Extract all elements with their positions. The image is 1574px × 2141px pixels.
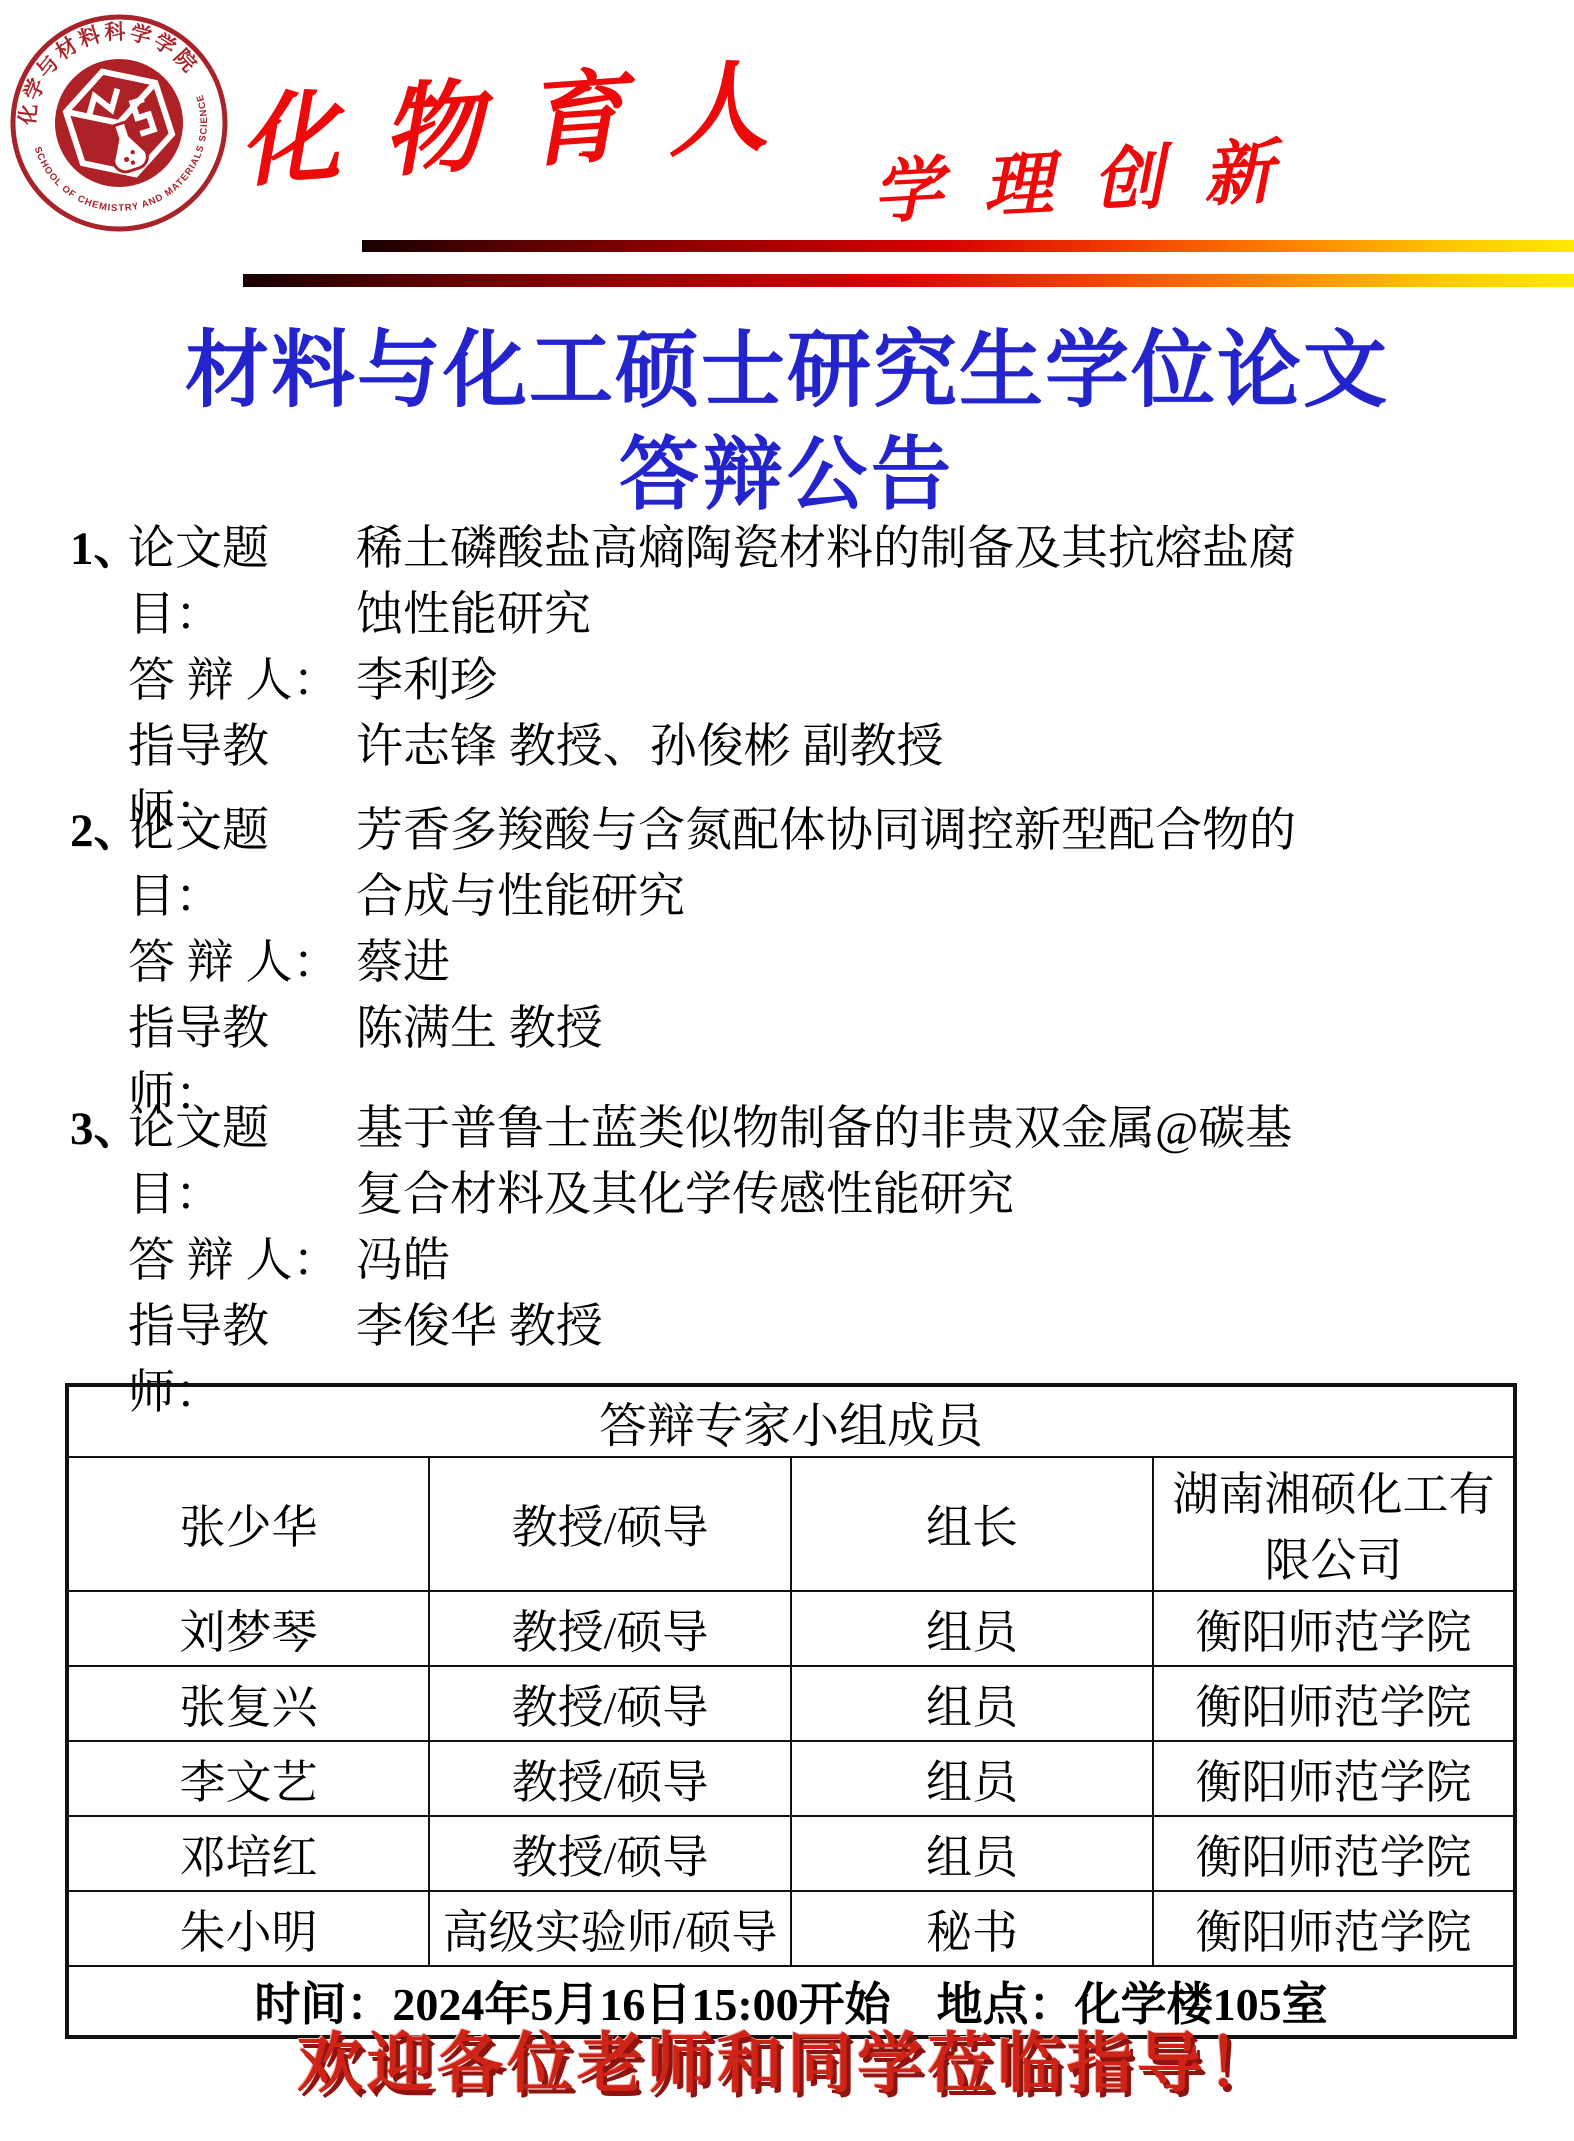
defender-line: 答 辩 人： 冯皓 — [70, 1228, 1520, 1294]
member-role: 组员 — [791, 1666, 1153, 1741]
thesis-title-line: 2、 论文题目： 芳香多羧酸与含氮配体协同调控新型配合物的 合成与性能研究 — [70, 798, 1520, 930]
member-name: 张少华 — [67, 1457, 429, 1591]
member-affiliation: 衡阳师范学院 — [1153, 1741, 1515, 1816]
table-row: 张复兴 教授/硕导 组员 衡阳师范学院 — [67, 1666, 1515, 1741]
committee-table: 答辩专家小组成员 张少华 教授/硕导 组长 湖南湘硕化工有限公司 刘梦琴 教授/… — [65, 1383, 1517, 2039]
member-name: 张复兴 — [67, 1666, 429, 1741]
member-title: 教授/硕导 — [429, 1666, 791, 1741]
defender-label: 答 辩 人： — [128, 648, 356, 714]
thesis-entry-3: 3、 论文题目： 基于普鲁士蓝类似物制备的非贵双金属@碳基 复合材料及其化学传感… — [70, 1096, 1520, 1426]
thesis-title: 芳香多羧酸与含氮配体协同调控新型配合物的 合成与性能研究 — [356, 798, 1520, 930]
gradient-rule-bottom — [243, 274, 1574, 287]
slogan-xueli-chuangxin: 学 理 创 新 — [870, 115, 1284, 237]
welcome-text: 欢迎各位老师和同学莅临指导！ — [0, 2010, 1574, 2105]
defender-name: 冯皓 — [356, 1228, 1520, 1294]
member-name: 李文艺 — [67, 1741, 429, 1816]
member-affiliation: 衡阳师范学院 — [1153, 1891, 1515, 1966]
member-title: 教授/硕导 — [429, 1457, 791, 1591]
table-header-row: 答辩专家小组成员 — [67, 1385, 1515, 1457]
defender-name: 蔡进 — [356, 930, 1520, 996]
thesis-title-line: 3、 论文题目： 基于普鲁士蓝类似物制备的非贵双金属@碳基 复合材料及其化学传感… — [70, 1096, 1520, 1228]
table-title: 答辩专家小组成员 — [67, 1385, 1515, 1457]
thesis-title-line: 1、 论文题目： 稀土磷酸盐高熵陶瓷材料的制备及其抗熔盐腐 蚀性能研究 — [70, 516, 1520, 648]
announcement-poster: 化学与材料科学学院 SCHOOL OF CHEMISTRY AND MATERI… — [0, 0, 1574, 2141]
thesis-title: 基于普鲁士蓝类似物制备的非贵双金属@碳基 复合材料及其化学传感性能研究 — [356, 1096, 1520, 1228]
defender-label: 答 辩 人： — [128, 930, 356, 996]
member-role: 秘书 — [791, 1891, 1153, 1966]
member-name: 邓培红 — [67, 1816, 429, 1891]
defender-name: 李利珍 — [356, 648, 1520, 714]
member-name: 刘梦琴 — [67, 1591, 429, 1666]
table-row: 李文艺 教授/硕导 组员 衡阳师范学院 — [67, 1741, 1515, 1816]
table-row: 邓培红 教授/硕导 组员 衡阳师范学院 — [67, 1816, 1515, 1891]
slogan-huawu-yuren: 化 物 育 人 — [234, 26, 775, 207]
member-title: 教授/硕导 — [429, 1816, 791, 1891]
defender-line: 答 辩 人： 李利珍 — [70, 648, 1520, 714]
member-affiliation: 衡阳师范学院 — [1153, 1666, 1515, 1741]
member-role: 组员 — [791, 1816, 1153, 1891]
thesis-entry-2: 2、 论文题目： 芳香多羧酸与含氮配体协同调控新型配合物的 合成与性能研究 答 … — [70, 798, 1520, 1128]
page-title-line1: 材料与化工硕士研究生学位论文 — [0, 303, 1574, 424]
member-title: 教授/硕导 — [429, 1591, 791, 1666]
entry-number: 2、 — [70, 798, 128, 930]
defender-line: 答 辩 人： 蔡进 — [70, 930, 1520, 996]
member-title: 高级实验师/硕导 — [429, 1891, 791, 1966]
member-name: 朱小明 — [67, 1891, 429, 1966]
topic-label: 论文题目： — [128, 1096, 356, 1228]
topic-label: 论文题目： — [128, 798, 356, 930]
member-role: 组员 — [791, 1591, 1153, 1666]
table-row: 朱小明 高级实验师/硕导 秘书 衡阳师范学院 — [67, 1891, 1515, 1966]
entry-number: 1、 — [70, 516, 128, 648]
table-row: 刘梦琴 教授/硕导 组员 衡阳师范学院 — [67, 1591, 1515, 1666]
topic-label: 论文题目： — [128, 516, 356, 648]
school-logo-emblem: 化学与材料科学学院 SCHOOL OF CHEMISTRY AND MATERI… — [8, 12, 230, 234]
thesis-entry-1: 1、 论文题目： 稀土磷酸盐高熵陶瓷材料的制备及其抗熔盐腐 蚀性能研究 答 辩 … — [70, 516, 1520, 846]
page-title-line2: 答辩公告 — [0, 410, 1574, 525]
entry-number: 3、 — [70, 1096, 128, 1228]
member-title: 教授/硕导 — [429, 1741, 791, 1816]
table-row: 张少华 教授/硕导 组长 湖南湘硕化工有限公司 — [67, 1457, 1515, 1591]
gradient-rule-top — [362, 240, 1574, 252]
member-role: 组长 — [791, 1457, 1153, 1591]
member-affiliation: 湖南湘硕化工有限公司 — [1153, 1457, 1515, 1591]
member-affiliation: 衡阳师范学院 — [1153, 1591, 1515, 1666]
member-affiliation: 衡阳师范学院 — [1153, 1816, 1515, 1891]
thesis-title: 稀土磷酸盐高熵陶瓷材料的制备及其抗熔盐腐 蚀性能研究 — [356, 516, 1520, 648]
school-logo: 化学与材料科学学院 SCHOOL OF CHEMISTRY AND MATERI… — [8, 12, 230, 234]
defender-label: 答 辩 人： — [128, 1228, 356, 1294]
member-role: 组员 — [791, 1741, 1153, 1816]
